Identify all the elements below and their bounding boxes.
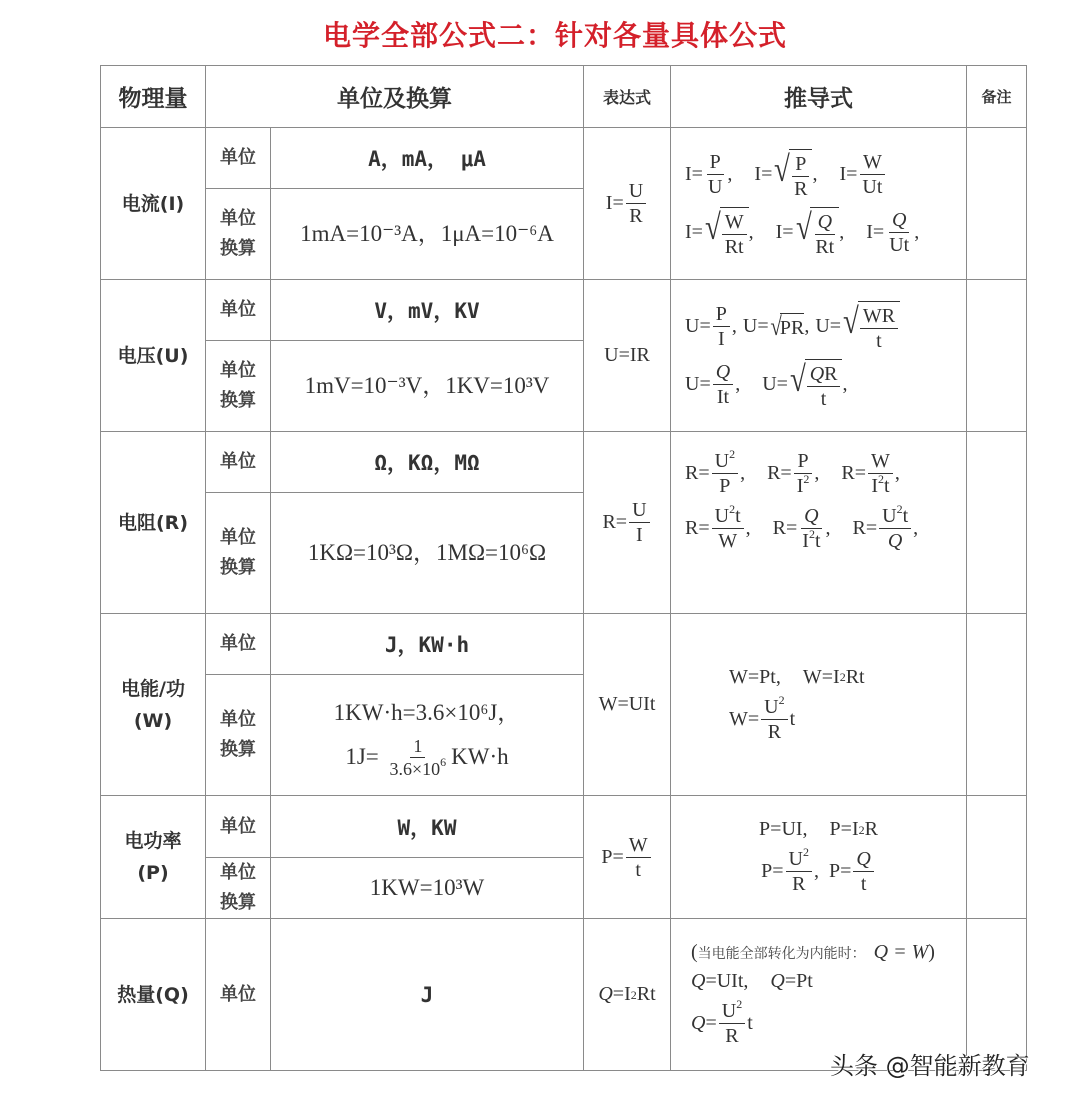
header-units-label: 单位及换算 bbox=[337, 80, 452, 113]
formula: U=PI, bbox=[685, 302, 737, 351]
units-text: J，KW·h bbox=[385, 629, 469, 659]
conv-label-1: 单位 bbox=[220, 858, 256, 888]
conversion-label: 单位换算 bbox=[205, 857, 271, 919]
conv-label-2: 换算 bbox=[220, 386, 256, 416]
derivation-resistance: R=U2P, R=PI2, R=WI2t, R=U2tW, R=QI2t, R=… bbox=[670, 431, 967, 614]
formula: I=PU, bbox=[685, 150, 732, 199]
sqrt-icon: √ bbox=[796, 207, 812, 259]
quantity-label: 电功率 bbox=[124, 825, 181, 857]
units-value: A，mA， μA bbox=[270, 127, 584, 189]
derivation-line: U=QIt, U=√QRt, bbox=[685, 359, 847, 411]
header-quantity: 物理量 bbox=[100, 65, 206, 128]
sqrt-icon: √ bbox=[790, 359, 806, 411]
derivation-current: I=PU, I=√PR, I=WUt I=√WRt, I=√QRt, I=QUt… bbox=[670, 127, 967, 280]
conv-label-1: 单位 bbox=[220, 705, 256, 735]
units-text: Ω，KΩ，MΩ bbox=[374, 447, 479, 477]
unit-label: 单位 bbox=[205, 127, 271, 189]
units-text: W，KW bbox=[398, 812, 457, 842]
formula: U=√WRt bbox=[815, 301, 900, 353]
units-value: J，KW·h bbox=[270, 613, 584, 675]
expression-voltage: U=IR bbox=[583, 279, 671, 432]
formula: I=QUt, bbox=[866, 208, 919, 257]
conversion-text: 1KΩ=10³Ω，1MΩ=10⁶Ω bbox=[308, 531, 546, 575]
watermark: 头条 @智能新教育 bbox=[830, 1046, 1030, 1081]
units-value: W，KW bbox=[270, 795, 584, 858]
conversion-value: 1KW=10³W bbox=[270, 857, 584, 919]
quantity-label: 热量(Q) bbox=[117, 979, 189, 1011]
formula: R=U2tQ, bbox=[853, 504, 919, 553]
expression-resistance: R=UI bbox=[583, 431, 671, 614]
quantity-label: 电阻(R) bbox=[118, 507, 188, 539]
quantity-heat: 热量(Q) bbox=[100, 918, 206, 1071]
units-value: Ω，KΩ，MΩ bbox=[270, 431, 584, 493]
conversion-label: 单位换算 bbox=[205, 188, 271, 280]
formula: P=UI, bbox=[759, 818, 808, 841]
quantity-label: 电压(U) bbox=[118, 340, 189, 372]
conv-label-2: 换算 bbox=[220, 888, 256, 918]
unit-label: 单位 bbox=[205, 795, 271, 858]
derivation-line: Q=U2Rt bbox=[691, 999, 753, 1048]
page-title: 电学全部公式二：针对各量具体公式 bbox=[0, 14, 1080, 54]
formula: I=√QRt, bbox=[776, 207, 845, 259]
derivation-line: R=U2tW, R=QI2t, R=U2tQ, bbox=[685, 504, 918, 553]
formula: W=Pt, bbox=[729, 666, 781, 689]
quantity-label: 电流(I) bbox=[122, 188, 184, 220]
header-derivation: 推导式 bbox=[670, 65, 967, 128]
conversion-value: 1KW·h=3.6×10⁶J， 1J= 13.6×106KW·h bbox=[270, 674, 584, 796]
formula: I=√PR, bbox=[754, 149, 817, 201]
conversion-label: 单位换算 bbox=[205, 340, 271, 432]
remarks-cell bbox=[966, 613, 1027, 796]
quantity-label: 电能/功 bbox=[121, 673, 185, 705]
conversion-label: 单位换算 bbox=[205, 492, 271, 614]
sqrt-icon: √ bbox=[770, 313, 781, 341]
expression-heat: Q=I2Rt bbox=[583, 918, 671, 1071]
derivation-voltage: U=PI, U=√PR, U=√WRt U=QIt, U=√QRt, bbox=[670, 279, 967, 432]
expression-current: I=UR bbox=[583, 127, 671, 280]
formula: R=PI2, bbox=[767, 449, 819, 498]
unit-label: 单位 bbox=[205, 279, 271, 341]
formula: R=U2P, bbox=[685, 449, 745, 498]
derivation-note: (当电能全部转化为内能时：Q = W) bbox=[691, 941, 935, 964]
unit-label: 单位 bbox=[205, 431, 271, 493]
conv-label-2: 换算 bbox=[220, 735, 256, 765]
header-remarks: 备注 bbox=[966, 65, 1027, 128]
formula: Q=UIt, bbox=[691, 970, 748, 993]
formula: Q=I2Rt bbox=[598, 983, 655, 1006]
conversion-text: 1mA=10⁻³A，1μA=10⁻⁶A bbox=[300, 212, 554, 256]
unit-label-text: 单位 bbox=[220, 447, 256, 477]
quantity-resistance: 电阻(R) bbox=[100, 431, 206, 614]
formula: U=√PR, bbox=[743, 313, 809, 341]
quantity-symbol: (W) bbox=[134, 705, 172, 737]
conversion-text: 1mV=10⁻³V，1KV=10³V bbox=[305, 364, 550, 408]
formula: Q=Pt bbox=[770, 970, 812, 993]
units-value: V，mV，KV bbox=[270, 279, 584, 341]
derivation-line: P=U2R, P=Qt bbox=[761, 847, 876, 896]
remarks-cell bbox=[966, 279, 1027, 432]
header-units-conversion: 单位及换算 bbox=[205, 65, 584, 128]
formula: R=UI bbox=[602, 498, 651, 547]
unit-label-text: 单位 bbox=[220, 295, 256, 325]
formula: W=U2Rt bbox=[729, 695, 795, 744]
sqrt-icon: √ bbox=[843, 301, 859, 353]
conversion-formula: 1J= 13.6×106KW·h bbox=[345, 735, 508, 780]
unit-label-text: 单位 bbox=[220, 629, 256, 659]
unit-label-text: 单位 bbox=[220, 812, 256, 842]
unit-label: 单位 bbox=[205, 613, 271, 675]
derivation-line: R=U2P, R=PI2, R=WI2t, bbox=[685, 449, 900, 498]
formula: U=QIt, bbox=[685, 360, 740, 409]
formula: P=U2R, bbox=[761, 847, 819, 896]
conv-label-2: 换算 bbox=[220, 553, 256, 583]
quantity-power: 电功率(P) bbox=[100, 795, 206, 919]
units-text: J bbox=[421, 983, 434, 1007]
conv-label-1: 单位 bbox=[220, 356, 256, 386]
formula: I=√WRt, bbox=[685, 207, 754, 259]
derivation-energy: W=Pt, W=I2Rt W=U2Rt bbox=[670, 613, 967, 796]
conversion-value: 1mV=10⁻³V，1KV=10³V bbox=[270, 340, 584, 432]
derivation-line: I=PU, I=√PR, I=WUt bbox=[685, 149, 887, 201]
conversion-value: 1mA=10⁻³A，1μA=10⁻⁶A bbox=[270, 188, 584, 280]
formula: W=I2Rt bbox=[803, 666, 865, 689]
expression-power: P=Wt bbox=[583, 795, 671, 919]
header-expression-label: 表达式 bbox=[603, 85, 651, 108]
formula: P=Qt bbox=[829, 847, 876, 896]
units-value: J bbox=[270, 918, 584, 1071]
formula: P=I2R bbox=[830, 818, 878, 841]
quantity-current: 电流(I) bbox=[100, 127, 206, 280]
formula: U=√QRt, bbox=[762, 359, 847, 411]
sqrt-icon: √ bbox=[774, 149, 790, 201]
conv-label-1: 单位 bbox=[220, 204, 256, 234]
formula: Q=U2Rt bbox=[691, 999, 753, 1048]
derivation-power: P=UI, P=I2R P=U2R, P=Qt bbox=[670, 795, 967, 919]
remarks-cell bbox=[966, 127, 1027, 280]
derivation-line: W=U2Rt bbox=[729, 695, 795, 744]
formula: W=UIt bbox=[599, 693, 656, 716]
formula: I=WUt bbox=[839, 150, 887, 199]
formula: I=UR bbox=[606, 179, 648, 228]
conversion-value: 1KΩ=10³Ω，1MΩ=10⁶Ω bbox=[270, 492, 584, 614]
header-remarks-label: 备注 bbox=[981, 86, 1011, 107]
units-text: A，mA， μA bbox=[368, 143, 486, 173]
derivation-line: U=PI, U=√PR, U=√WRt bbox=[685, 301, 900, 353]
quantity-voltage: 电压(U) bbox=[100, 279, 206, 432]
header-derivation-label: 推导式 bbox=[784, 80, 853, 113]
derivation-line: P=UI, P=I2R bbox=[759, 818, 878, 841]
formula: R=WI2t, bbox=[841, 449, 900, 498]
header-expression: 表达式 bbox=[583, 65, 671, 128]
conversion-text: 1KW=10³W bbox=[370, 866, 484, 910]
formula: R=QI2t, bbox=[773, 504, 831, 553]
header-quantity-label: 物理量 bbox=[119, 80, 188, 113]
expression-energy: W=UIt bbox=[583, 613, 671, 796]
formula: P=Wt bbox=[601, 833, 652, 882]
conv-label-1: 单位 bbox=[220, 523, 256, 553]
formula: R=U2tW, bbox=[685, 504, 751, 553]
units-text: V，mV，KV bbox=[374, 295, 479, 325]
quantity-symbol: (P) bbox=[137, 857, 168, 889]
derivation-line: W=Pt, W=I2Rt bbox=[729, 666, 865, 689]
conversion-text: 1KW·h=3.6×10⁶J， bbox=[334, 691, 521, 735]
unit-label: 单位 bbox=[205, 918, 271, 1071]
derivation-line: Q=UIt, Q=Pt bbox=[691, 970, 813, 993]
derivation-line: I=√WRt, I=√QRt, I=QUt, bbox=[685, 207, 919, 259]
conversion-label: 单位换算 bbox=[205, 674, 271, 796]
remarks-cell bbox=[966, 431, 1027, 614]
note: (当电能全部转化为内能时：Q = W) bbox=[691, 941, 935, 964]
remarks-cell bbox=[966, 795, 1027, 919]
conv-label-2: 换算 bbox=[220, 234, 256, 264]
sqrt-icon: √ bbox=[705, 207, 721, 259]
formula: U=IR bbox=[604, 344, 650, 367]
quantity-energy: 电能/功(W) bbox=[100, 613, 206, 796]
unit-label-text: 单位 bbox=[220, 980, 256, 1010]
unit-label-text: 单位 bbox=[220, 143, 256, 173]
